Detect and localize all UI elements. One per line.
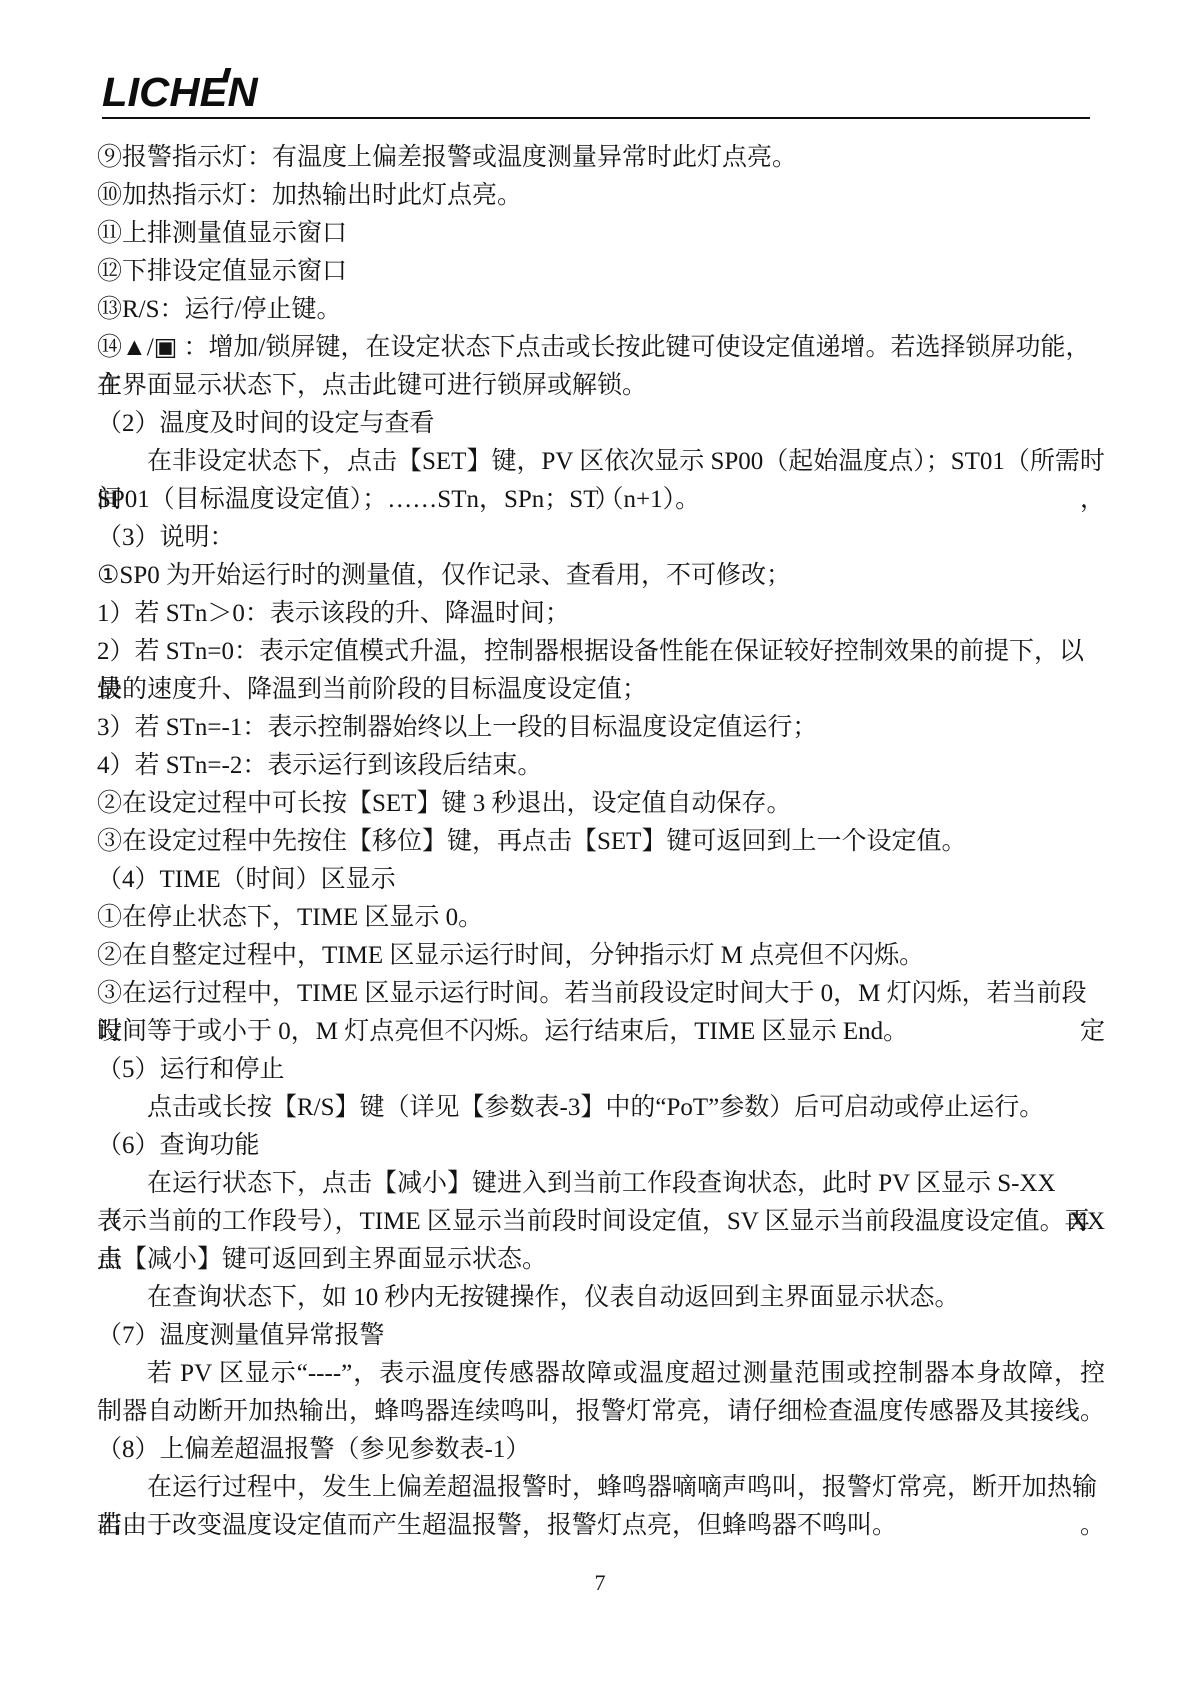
section-heading: （3）说明：: [97, 519, 1105, 557]
text-line: ⑪上排测量值显示窗口: [97, 215, 1105, 253]
text-line: ⑫下排设定值显示窗口: [97, 253, 1105, 291]
section-heading: （8）上偏差超温报警（参见参数表-1）: [97, 1431, 1105, 1469]
text-line: 在运行过程中，发生上偏差超温报警时，蜂鸣器嘀嘀声鸣叫，报警灯常亮，断开加热输出。: [97, 1469, 1105, 1507]
text-line: 点击或长按【R/S】键（详见【参数表-3】中的“PoT”参数）后可启动或停止运行…: [97, 1089, 1105, 1127]
text-line: 4）若 STn=-2：表示运行到该段后结束。: [97, 747, 1105, 785]
header-rule: [102, 117, 1090, 119]
brand-logo: LICHEN: [102, 70, 258, 114]
text-line: 在运行状态下，点击【减小】键进入到当前工作段查询状态，此时 PV 区显示 S-X…: [97, 1165, 1105, 1203]
page-body: ⑨报警指示灯：有温度上偏差报警或温度测量异常时此灯点亮。 ⑩加热指示灯：加热输出…: [97, 139, 1105, 1545]
text-line: 在非设定状态下，点击【SET】键，PV 区依次显示 SP00（起始温度点）；ST…: [97, 443, 1105, 481]
text-line: 制器自动断开加热输出，蜂鸣器连续鸣叫，报警灯常亮，请仔细检查温度传感器及其接线。: [97, 1393, 1105, 1431]
text-line: ③在设定过程中先按住【移位】键，再点击【SET】键可返回到上一个设定值。: [97, 823, 1105, 861]
text-line: ①SP0 为开始运行时的测量值，仅作记录、查看用，不可修改；: [97, 557, 1105, 595]
text-line: 3）若 STn=-1：表示控制器始终以上一段的目标温度设定值运行；: [97, 709, 1105, 747]
text-line: 表示当前的工作段号），TIME 区显示当前段时间设定值，SV 区显示当前段温度设…: [97, 1203, 1105, 1241]
text-line: 快的速度升、降温到当前阶段的目标温度设定值；: [97, 671, 1105, 709]
section-heading: （6）查询功能: [97, 1127, 1105, 1165]
text-line: ②在设定过程中可长按【SET】键 3 秒退出，设定值自动保存。: [97, 785, 1105, 823]
text-line: ⑨报警指示灯：有温度上偏差报警或温度测量异常时此灯点亮。: [97, 139, 1105, 177]
text-line: ⑬R/S：运行/停止键。: [97, 291, 1105, 329]
text-line: ③在运行过程中，TIME 区显示运行时间。若当前段设定时间大于 0，M 灯闪烁，…: [97, 975, 1105, 1013]
page-header: LICHEN: [102, 70, 1092, 120]
section-heading: （5）运行和停止: [97, 1051, 1105, 1089]
text-line: 在查询状态下，如 10 秒内无按键操作，仪表自动返回到主界面显示状态。: [97, 1279, 1105, 1317]
text-line: 击【减小】键可返回到主界面显示状态。: [97, 1241, 1105, 1279]
section-heading: （7）温度测量值异常报警: [97, 1317, 1105, 1355]
text-line: 1）若 STn＞0：表示该段的升、降温时间；: [97, 595, 1105, 633]
text-line: ②在自整定过程中，TIME 区显示运行时间，分钟指示灯 M 点亮但不闪烁。: [97, 937, 1105, 975]
section-heading: （2）温度及时间的设定与查看: [97, 405, 1105, 443]
text-line: 2）若 STn=0：表示定值模式升温，控制器根据设备性能在保证较好控制效果的前提…: [97, 633, 1105, 671]
manual-page: LICHEN ⑨报警指示灯：有温度上偏差报警或温度测量异常时此灯点亮。 ⑩加热指…: [0, 0, 1200, 1697]
text-line: ⑩加热指示灯：加热输出时此灯点亮。: [97, 177, 1105, 215]
text-line: 若 PV 区显示“----”，表示温度传感器故障或温度超过测量范围或控制器本身故…: [97, 1355, 1105, 1393]
text-line: ⑭▲/▣ ：增加/锁屏键，在设定状态下点击或长按此键可使设定值递增。若选择锁屏功…: [97, 329, 1105, 367]
page-number: 7: [0, 1568, 1200, 1598]
section-heading: （4）TIME（时间）区显示: [97, 861, 1105, 899]
text-line: ①在停止状态下，TIME 区显示 0。: [97, 899, 1105, 937]
text-line: 主界面显示状态下，点击此键可进行锁屏或解锁。: [97, 367, 1105, 405]
